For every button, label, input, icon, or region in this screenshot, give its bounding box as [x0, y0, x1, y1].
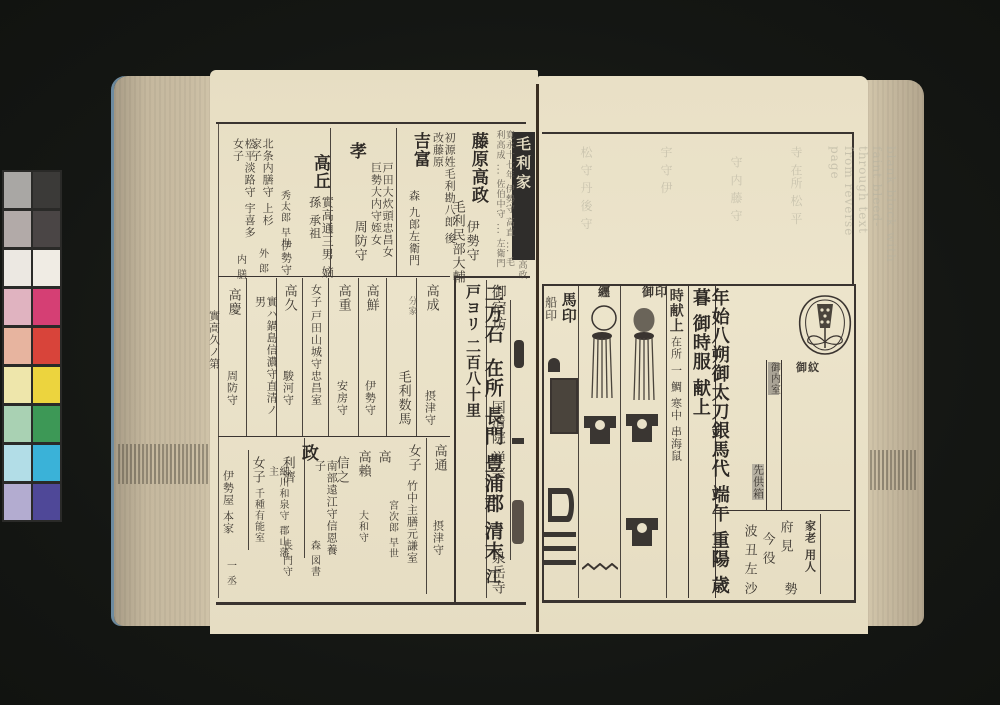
entry-text: 實高久ノ第 [208, 310, 220, 370]
column-line [248, 450, 249, 550]
color-swatch [4, 250, 31, 286]
entry-text: 實ハ鍋島信濃守直清ノ男 [254, 296, 277, 416]
entry-heading: 高重 [336, 284, 350, 312]
book-gutter [536, 84, 539, 632]
book-fore-edge-left [114, 76, 222, 626]
color-swatch [4, 289, 31, 325]
entry-text: 千種有能室 [252, 488, 263, 543]
column-line [578, 286, 579, 598]
entry-note: 周防守 [226, 370, 238, 406]
section-divider [716, 510, 850, 511]
color-swatch [33, 328, 60, 364]
entry-heading: 女子 [250, 456, 264, 484]
column-line [820, 514, 821, 594]
entry-note: 外 郎 [256, 248, 267, 274]
bleed-through-text: 守 内 藤 守 [728, 156, 745, 222]
entry-heading: 高丘 [310, 154, 328, 190]
box-label: 先供箱 [752, 464, 764, 500]
officer-name: 今 役 [760, 532, 774, 565]
crest-sub-label: 御内室 [768, 362, 779, 395]
officer-name: 府 見 [778, 520, 792, 553]
column-line [426, 438, 427, 594]
wave-emblem [582, 556, 618, 575]
color-swatch [4, 367, 31, 403]
flag-emblem [548, 358, 560, 372]
drum-emblem [546, 486, 576, 530]
color-swatch [4, 445, 31, 481]
column-line [620, 286, 621, 598]
color-swatch [4, 484, 31, 520]
margin-notes: 寛永十七年 伊勢守 高直 ... 毛利高成 ... 佐伯中守 ... 左衛門 [494, 130, 513, 270]
entry-heading: 高鮮 [364, 284, 378, 312]
family-name-tab: 毛利家 [512, 132, 535, 260]
entry-note: 摂津守 [432, 520, 444, 556]
tassel-emblem [626, 304, 662, 408]
entry-note: 摂津守 [424, 390, 436, 426]
entry-text: 初源姓毛利勘八郎 後改藤原 [432, 132, 455, 252]
column-line [330, 128, 331, 276]
label-ship-heading: 船印 [544, 296, 557, 322]
column-line [396, 128, 397, 276]
tassel-emblem [584, 302, 620, 406]
entry-note: 周防守 [352, 220, 366, 262]
left-page: 毛利家 高政 寛永十七年 伊勢守 高直 ... 毛利高成 ... 佐伯中守 ..… [210, 70, 538, 634]
entry-heading: 政 [298, 444, 316, 462]
column-line [416, 278, 417, 436]
entry-heading: 高賴 [356, 450, 370, 478]
entry-note: 森 図書 [308, 540, 319, 577]
column-line [386, 278, 387, 436]
entry-text: 戸田大炊頭忠昌女 巨勢大内守姪女 [370, 162, 393, 272]
entry-note: 大和守 [356, 510, 367, 543]
temple-name: 泉岳寺 [490, 550, 505, 595]
color-swatch [4, 172, 31, 208]
edge-ink-smudge [118, 444, 216, 484]
officer-name: 波 丑 左 沙 [742, 524, 756, 595]
protocol-heading: 時献上 [668, 288, 683, 333]
column-line [328, 278, 329, 436]
entry-text: 毛利数馬 [396, 370, 410, 426]
entry-text: 戸田山城守忠昌室 [310, 310, 322, 420]
column-line [358, 278, 359, 436]
color-swatch [33, 211, 60, 247]
color-swatch [33, 367, 60, 403]
section-divider [218, 276, 450, 277]
column-line [666, 286, 667, 598]
entry-text: 松平淡路守 宇喜多女子 [232, 138, 255, 248]
color-swatch [33, 484, 60, 520]
color-swatch [33, 250, 60, 286]
entry-note: 宮次郎 早世 [386, 500, 397, 559]
stripe-emblem [544, 560, 576, 565]
color-swatch [33, 172, 60, 208]
label-matoi: 纒 [598, 286, 611, 299]
local-gift-text: 在所 一 鯛 寒中 串海鼠 [670, 336, 682, 486]
entry-note: 内 膳 [234, 254, 245, 280]
entry-sub: 分家 [406, 296, 415, 316]
bleed-through-text: blank block with faint bleed-through tex… [828, 146, 898, 266]
entry-note: 森 九郎左衛門 [408, 190, 420, 267]
crest-label: 御紋 [796, 362, 820, 374]
color-swatch [4, 406, 31, 442]
lantern-emblem [512, 500, 524, 544]
entry-heading: 女子 [310, 284, 322, 308]
bleed-through-text: 宇 守 伊 [658, 146, 675, 195]
color-swatch [33, 406, 60, 442]
right-page: blank block with faint bleed-through tex… [538, 76, 868, 634]
column-line [510, 300, 511, 560]
banner-emblem [550, 378, 578, 434]
entry-note: 伊勢守 [364, 380, 376, 416]
entry-heading: 吉富 [410, 132, 428, 168]
label-seal: 御印 [642, 286, 668, 299]
spear-emblem [514, 340, 524, 368]
color-swatch [33, 289, 60, 325]
entry-heading: 高 [376, 450, 390, 464]
color-swatch [4, 211, 31, 247]
entry-text: 竹中主膳元謙室 [406, 480, 418, 580]
color-swatch [33, 445, 60, 481]
entry-note: 一 丞 [224, 560, 235, 586]
entry-heading: 高慶 [226, 288, 240, 316]
bleed-through-text: 寺 在所 松 平 [788, 146, 805, 225]
entry-heading: 高通 [432, 444, 446, 472]
entry-note: 安房守 [336, 380, 348, 416]
temple-label: 御宿坊 [490, 284, 506, 332]
column-line [302, 278, 303, 436]
color-swatch [4, 328, 31, 364]
coat-emblem [622, 516, 662, 552]
section-divider [218, 436, 450, 437]
column-line [246, 278, 247, 436]
bleed-through-text: 松 守 丹 後 守 [578, 146, 595, 230]
entry-heading: 高成 [424, 284, 438, 312]
color-calibration-chart [2, 170, 62, 522]
stripe-emblem [544, 532, 576, 537]
open-book: 毛利家 高政 寛永十七年 伊勢守 高直 ... 毛利高成 ... 佐伯中守 ..… [110, 66, 925, 638]
temple-text: 国清院 禅宗 [490, 400, 505, 480]
officer-name: 勢 [782, 582, 796, 596]
side-officer: 家老 用人 [804, 520, 816, 573]
entry-note: 伊勢守 [464, 220, 478, 262]
coat-emblem [622, 412, 662, 448]
entry-heading: 高久 [282, 284, 296, 312]
stripe-emblem [544, 546, 576, 551]
entry-text: 秀太郎 早世 [278, 190, 289, 249]
entry-note: 長 門守 [280, 540, 291, 577]
seasonal-gift-text: 年始八朔御太刀銀馬代 端午 重陽 歳暮 御時服 献上 [690, 288, 728, 598]
entry-heading: 女子 [406, 444, 420, 472]
edge-ink-smudge [862, 450, 918, 490]
family-crest-icon [792, 292, 858, 362]
entry-note: 駿河守 [282, 370, 294, 406]
entry-heading: 藤原高政 [468, 132, 486, 204]
label-ship-flag: 馬印 [560, 292, 576, 324]
spear-emblem [512, 438, 524, 444]
entry-text: 伊勢屋 本家 [222, 470, 234, 535]
coat-emblem [580, 414, 620, 450]
entry-heading: 孝 [346, 142, 364, 160]
